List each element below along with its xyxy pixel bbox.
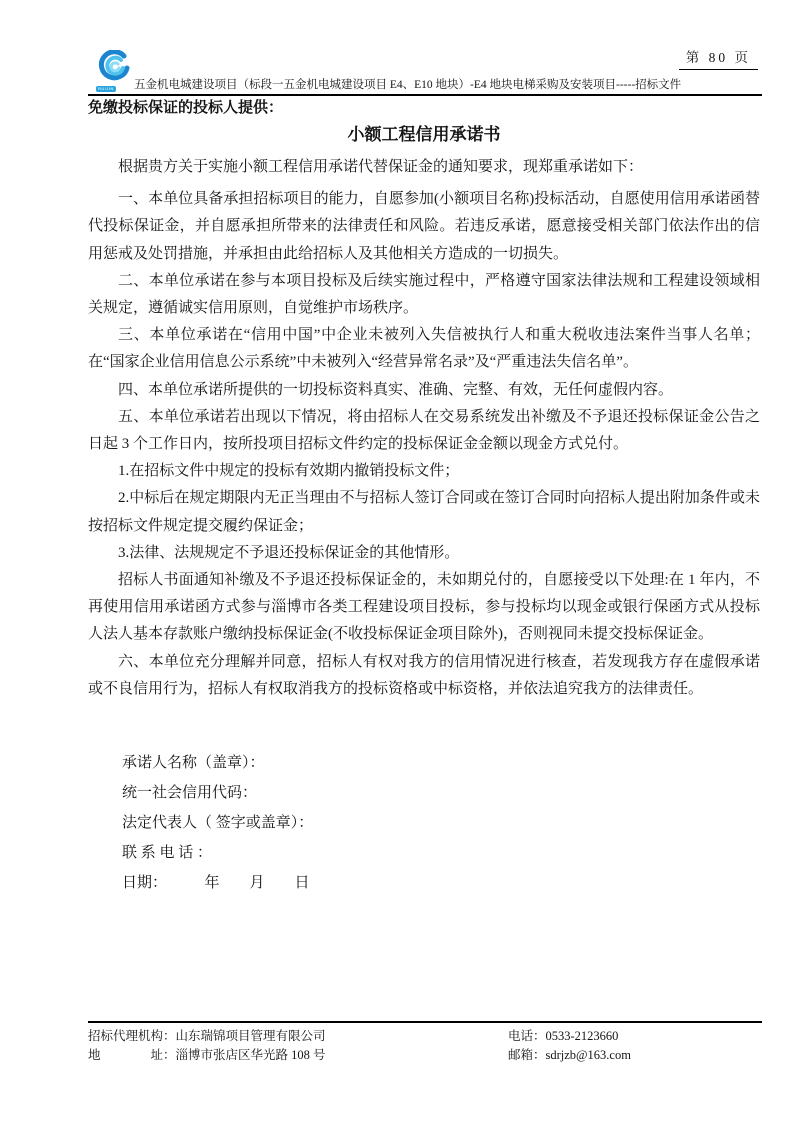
list-item-2: 2.中标后在规定期限内无正当理由不与招标人签订合同或在签订合同时向招标人提出附加… bbox=[88, 485, 760, 539]
document-body: 免缴投标保证的投标人提供： 小额工程信用承诺书 根据贵方关于实施小额工程信用承诺… bbox=[88, 99, 760, 898]
signature-date-line: 日期： 年 月 日 bbox=[122, 868, 760, 898]
paragraph-6: 六、本单位充分理解并同意，招标人有权对我方的信用情况进行核查，若发现我方存在虚假… bbox=[88, 649, 760, 703]
page-number-label: 第 80 页 bbox=[679, 46, 758, 70]
paragraph-intro: 根据贵方关于实施小额工程信用承诺代替保证金的通知要求，现郑重承诺如下： bbox=[88, 154, 760, 181]
list-item-3: 3.法律、法规规定不予退还投标保证金的其他情形。 bbox=[88, 540, 760, 567]
document-page: 第 80 页 RUIJIN 五金机电城建设项目（标段一五金机电城建设项目 E4、… bbox=[0, 0, 793, 1122]
list-item-1: 1.在招标文件中规定的投标有效期内撤销投标文件； bbox=[88, 458, 760, 485]
signature-legal-rep-line: 法定代表人（ 签字或盖章）： bbox=[122, 808, 760, 838]
signature-credit-code-line: 统一社会信用代码： bbox=[122, 778, 760, 808]
paragraph-penalty: 招标人书面通知补缴及不予退还投标保证金的，未如期兑付的，自愿接受以下处理:在 1… bbox=[88, 567, 760, 649]
footer-phone-line: 电话：0533-2123660 bbox=[508, 1027, 762, 1046]
paragraph-1: 一、本单位具备承担招标项目的能力，自愿参加(小额项目名称)投标活动，自愿使用信用… bbox=[88, 186, 760, 268]
header-project-line: 五金机电城建设项目（标段一五金机电城建设项目 E4、E10 地块）-E4 地块电… bbox=[134, 76, 760, 92]
footer-email-line: 邮箱：sdrjzb@163.com bbox=[508, 1046, 762, 1065]
paragraph-2: 二、本单位承诺在参与本项目投标及后续实施过程中，严格遵守国家法律法规和工程建设领… bbox=[88, 268, 760, 322]
paragraph-4: 四、本单位承诺所提供的一切投标资料真实、准确、完整、有效，无任何虚假内容。 bbox=[88, 377, 760, 404]
footer-agency-line: 招标代理机构：山东瑞锦项目管理有限公司 bbox=[88, 1027, 508, 1046]
header-rule bbox=[88, 94, 762, 96]
company-logo: RUIJIN bbox=[96, 50, 132, 92]
footer-address-line: 地 址：淄博市张店区华光路 108 号 bbox=[88, 1046, 508, 1065]
paragraph-3: 三、本单位承诺在“信用中国”中企业未被列入失信被执行人和重大税收违法案件当事人名… bbox=[88, 322, 760, 376]
page-number: 第 80 页 bbox=[679, 46, 758, 70]
signature-name-line: 承诺人名称（盖章）： bbox=[122, 748, 760, 778]
document-title: 小额工程信用承诺书 bbox=[88, 123, 760, 147]
page-footer: 招标代理机构：山东瑞锦项目管理有限公司 地 址：淄博市张店区华光路 108 号 … bbox=[88, 1021, 762, 1064]
signature-block: 承诺人名称（盖章）： 统一社会信用代码： 法定代表人（ 签字或盖章）： 联 系 … bbox=[88, 748, 760, 898]
company-logo-wordmark: RUIJIN bbox=[96, 86, 116, 92]
signature-phone-line: 联 系 电 话 ： bbox=[122, 838, 760, 868]
paragraph-5: 五、本单位承诺若出现以下情况，将由招标人在交易系统发出补缴及不予退还投标保证金公… bbox=[88, 404, 760, 458]
lead-heading: 免缴投标保证的投标人提供： bbox=[88, 99, 760, 118]
